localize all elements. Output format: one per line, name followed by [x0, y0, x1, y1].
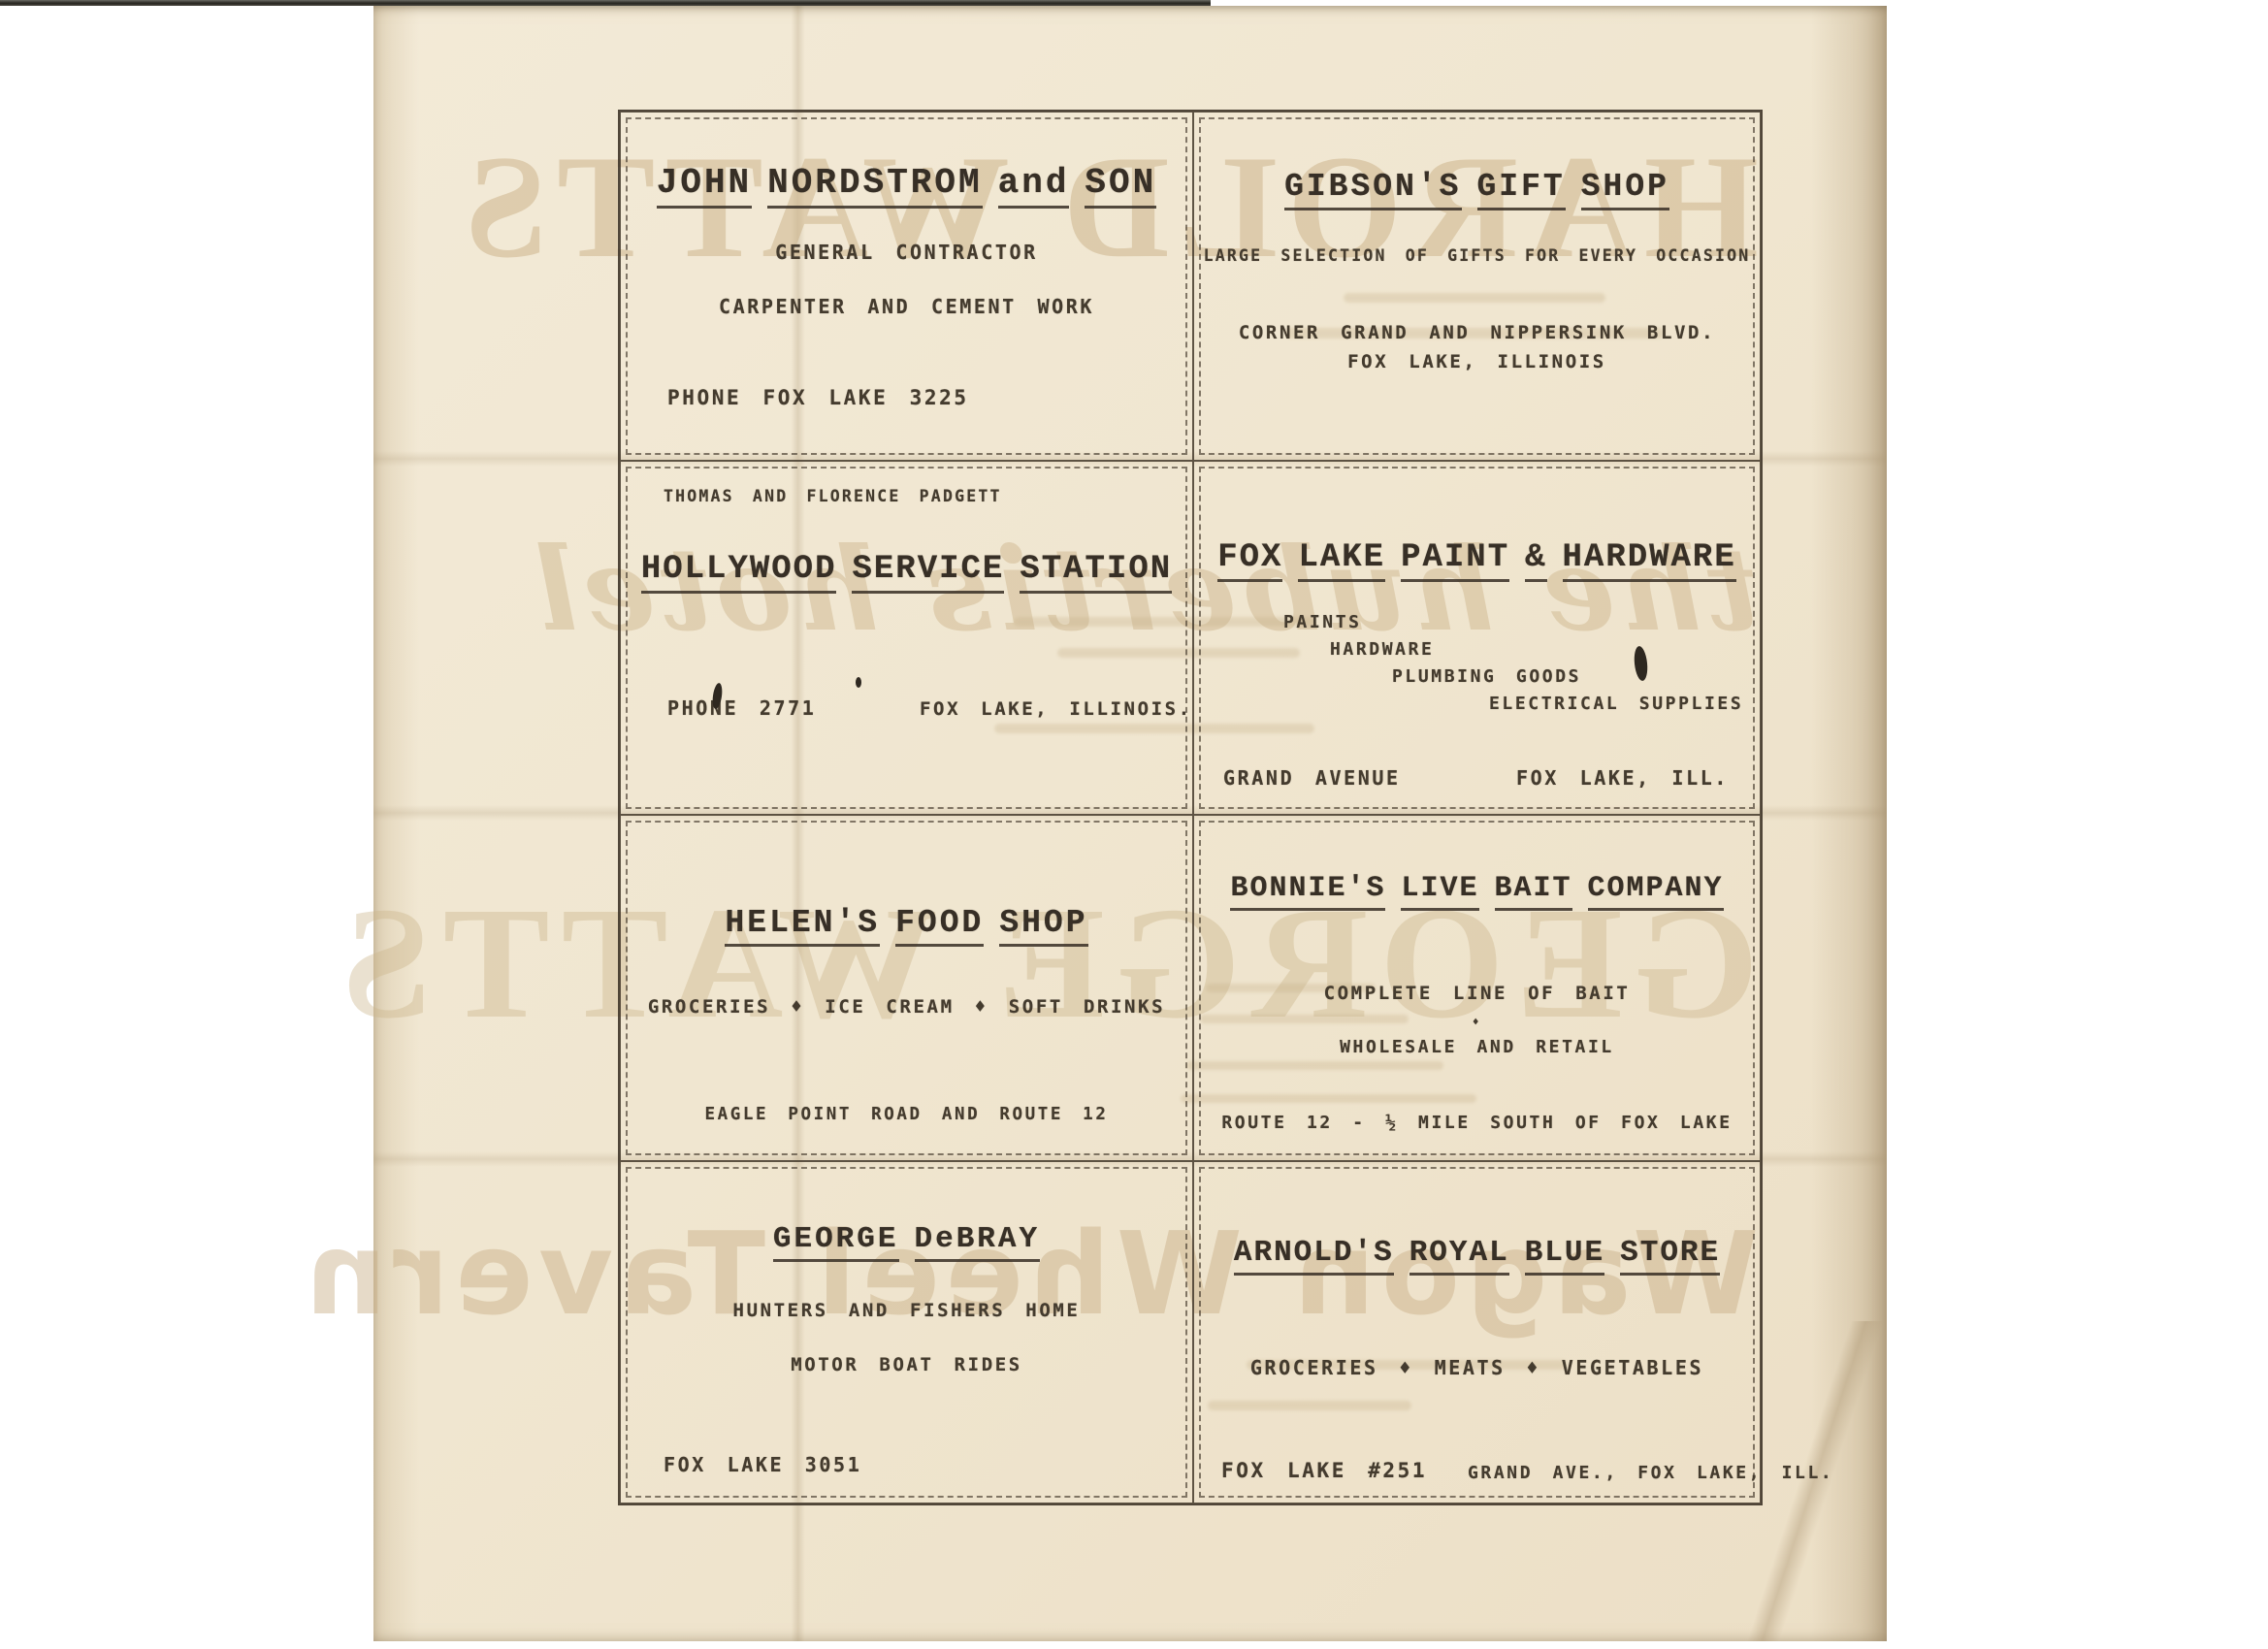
- ad-title: GEORGEDeBRAY: [621, 1222, 1192, 1262]
- ad-line: CARPENTER AND CEMENT WORK: [621, 295, 1192, 318]
- scanned-page: HAROLD WATTS the hubertis hotel GEORGE W…: [0, 0, 2268, 1649]
- ad-item: HARDWARE: [1330, 639, 1435, 660]
- paper-sheet: HAROLD WATTS the hubertis hotel GEORGE W…: [373, 6, 1887, 1641]
- ad-gibsons-gift-shop: GIBSON'SGIFTSHOP LARGE SELECTION OF GIFT…: [1193, 112, 1761, 461]
- advert-grid-frame: JOHNNORDSTROMandSON GENERAL CONTRACTOR C…: [618, 110, 1763, 1505]
- ad-george-debray: GEORGEDeBRAY HUNTERS AND FISHERS HOME MO…: [620, 1161, 1193, 1503]
- ad-city: FOX LAKE, ILL.: [1516, 766, 1729, 790]
- ad-products: GROCERIES ♦ MEATS ♦ VEGETABLES: [1194, 1356, 1760, 1379]
- ad-item: PLUMBING GOODS: [1392, 666, 1581, 687]
- ad-tagline: LARGE SELECTION OF GIFTS FOR EVERY OCCAS…: [1194, 246, 1760, 265]
- ad-title: FOXLAKEPAINT&HARDWARE: [1194, 539, 1760, 582]
- ad-title: HELEN'SFOODSHOP: [621, 905, 1192, 947]
- ad-city: FOX LAKE, ILLINOIS.: [920, 698, 1192, 720]
- ad-phone: FOX LAKE 3051: [664, 1453, 861, 1476]
- ad-address: ROUTE 12 - ½ MILE SOUTH OF FOX LAKE: [1194, 1113, 1760, 1133]
- ad-hollywood-service-station: THOMAS AND FLORENCE PADGETT HOLLYWOODSER…: [620, 461, 1193, 815]
- ad-products: GROCERIES ♦ ICE CREAM ♦ SOFT DRINKS: [621, 996, 1192, 1018]
- ad-line: COMPLETE LINE OF BAIT: [1194, 983, 1760, 1004]
- ad-bonnies-live-bait: BONNIE'SLIVEBAITCOMPANY COMPLETE LINE OF…: [1193, 815, 1761, 1161]
- ad-fox-lake-paint-hardware: FOXLAKEPAINT&HARDWARE PAINTS HARDWARE PL…: [1193, 461, 1761, 815]
- ad-line: HUNTERS AND FISHERS HOME: [621, 1300, 1192, 1321]
- ad-phone: PHONE FOX LAKE 3225: [667, 386, 969, 409]
- ad-helens-food-shop: HELEN'SFOODSHOP GROCERIES ♦ ICE CREAM ♦ …: [620, 815, 1193, 1161]
- ad-owners: THOMAS AND FLORENCE PADGETT: [664, 487, 1002, 505]
- ad-john-nordstrom: JOHNNORDSTROMandSON GENERAL CONTRACTOR C…: [620, 112, 1193, 461]
- ad-line: GENERAL CONTRACTOR: [621, 241, 1192, 264]
- ad-line: MOTOR BOAT RIDES: [621, 1354, 1192, 1375]
- ad-address: CORNER GRAND AND NIPPERSINK BLVD.: [1194, 322, 1760, 343]
- ink-blot: [856, 677, 861, 688]
- ad-address: FOX LAKE, ILLINOIS: [1194, 351, 1760, 372]
- ad-item: PAINTS: [1283, 612, 1362, 632]
- ad-line: WHOLESALE AND RETAIL: [1194, 1037, 1760, 1057]
- diamond-separator: ♦: [1194, 1016, 1760, 1028]
- ad-phone: FOX LAKE #251: [1221, 1459, 1427, 1482]
- ad-address: GRAND AVE., FOX LAKE, ILL.: [1468, 1463, 1833, 1483]
- ad-title: BONNIE'SLIVEBAITCOMPANY: [1194, 872, 1760, 911]
- ad-title: ARNOLD'SROYALBLUESTORE: [1194, 1236, 1760, 1276]
- ad-title: HOLLYWOODSERVICESTATION: [621, 551, 1192, 594]
- ad-title: JOHNNORDSTROMandSON: [621, 163, 1192, 209]
- ad-phone: PHONE 2771: [667, 696, 816, 720]
- ad-title: GIBSON'SGIFTSHOP: [1194, 169, 1760, 210]
- ad-arnolds-royal-blue: ARNOLD'SROYALBLUESTORE GROCERIES ♦ MEATS…: [1193, 1161, 1761, 1503]
- ad-address: GRAND AVENUE: [1223, 766, 1401, 790]
- ad-item: ELECTRICAL SUPPLIES: [1489, 694, 1743, 714]
- ad-address: EAGLE POINT ROAD AND ROUTE 12: [621, 1105, 1192, 1124]
